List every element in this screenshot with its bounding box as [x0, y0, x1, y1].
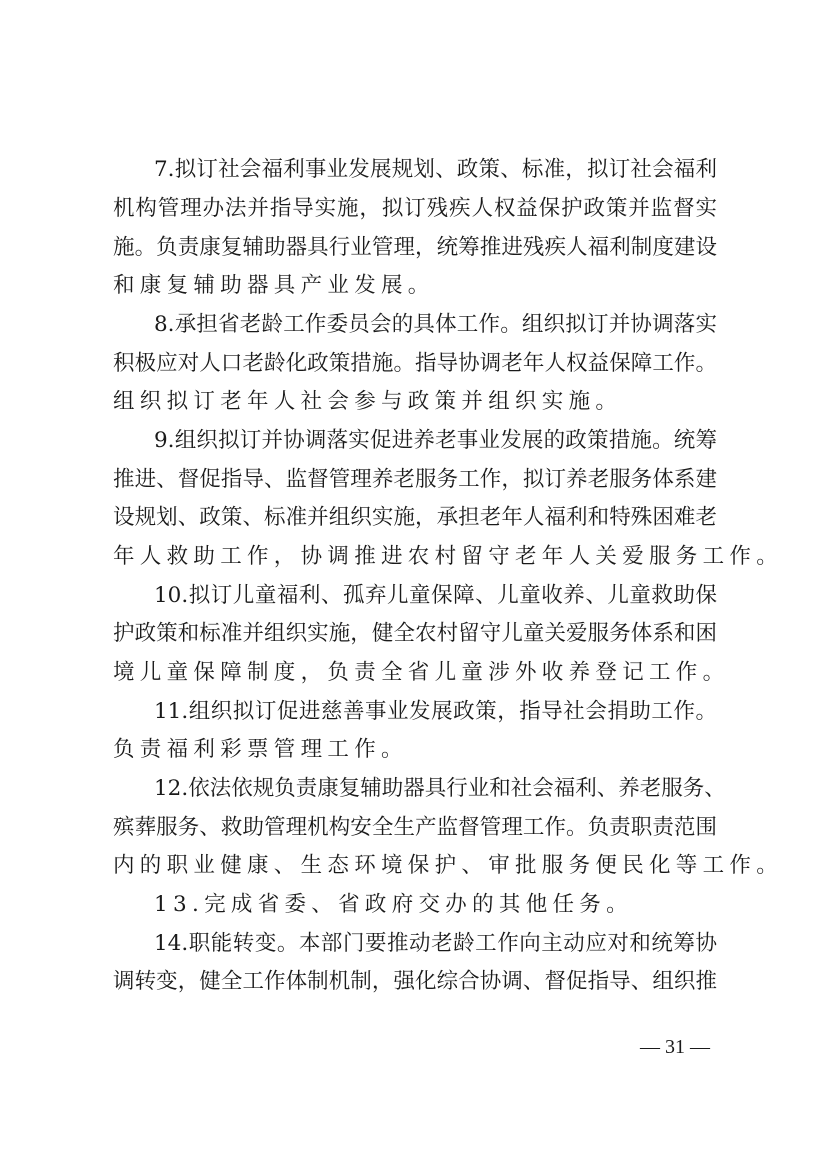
paragraph-10-line-3: 境儿童保障制度，负责全省儿童涉外收养登记工作。 [113, 658, 717, 688]
paragraph-7-line-4: 和康复辅助器具产业发展。 [113, 271, 717, 301]
paragraph-12-line-1: 12.依法依规负责康复辅助器具行业和社会福利、养老服务、 [154, 774, 717, 804]
paragraph-10-line-1: 10.拟订儿童福利、孤弃儿童保障、儿童收养、儿童救助保 [154, 581, 717, 611]
paragraph-12-line-2: 殡葬服务、救助管理机构安全生产监督管理工作。负责职责范围 [113, 813, 717, 843]
paragraph-7-line-3: 施。负责康复辅助器具行业管理，统筹推进残疾人福利制度建设 [113, 233, 717, 263]
paragraph-7-line-2: 机构管理办法并指导实施，拟订残疾人权益保护政策并监督实 [113, 194, 717, 224]
paragraph-12-line-3: 内的职业健康、生态环境保护、审批服务便民化等工作。 [113, 851, 717, 881]
document-page: 7.拟订社会福利事业发展规划、政策、标准，拟订社会福利 机构管理办法并指导实施，… [0, 0, 826, 1169]
paragraph-14-line-1: 14.职能转变。本部门要推动老龄工作向主动应对和统筹协 [154, 929, 717, 959]
paragraph-9-line-3: 设规划、政策、标准并组织实施，承担老年人福利和特殊困难老 [113, 503, 717, 533]
paragraph-7-line-1: 7.拟订社会福利事业发展规划、政策、标准，拟订社会福利 [154, 155, 717, 185]
paragraph-8-line-2: 积极应对人口老龄化政策措施。指导协调老年人权益保障工作。 [113, 349, 717, 379]
paragraph-11-line-1: 11.组织拟订促进慈善事业发展政策，指导社会捐助工作。 [154, 697, 717, 727]
paragraph-13-line-1: 13.完成省委、省政府交办的其他任务。 [154, 890, 717, 920]
paragraph-8-line-3: 组织拟订老年人社会参与政策并组织实施。 [113, 387, 717, 417]
paragraph-10-line-2: 护政策和标准并组织实施，健全农村留守儿童关爱服务体系和困 [113, 619, 717, 649]
paragraph-9-line-1: 9.组织拟订并协调落实促进养老事业发展的政策措施。统筹 [154, 426, 717, 456]
paragraph-9-line-4: 年人救助工作，协调推进农村留守老年人关爱服务工作。 [113, 542, 717, 572]
page-number: — 31 — [640, 1034, 710, 1060]
paragraph-8-line-1: 8.承担省老龄工作委员会的具体工作。组织拟订并协调落实 [154, 310, 717, 340]
paragraph-11-line-2: 负责福利彩票管理工作。 [113, 735, 717, 765]
paragraph-14-line-2: 调转变，健全工作体制机制，强化综合协调、督促指导、组织推 [113, 967, 717, 997]
paragraph-9-line-2: 推进、督促指导、监督管理养老服务工作，拟订养老服务体系建 [113, 465, 717, 495]
